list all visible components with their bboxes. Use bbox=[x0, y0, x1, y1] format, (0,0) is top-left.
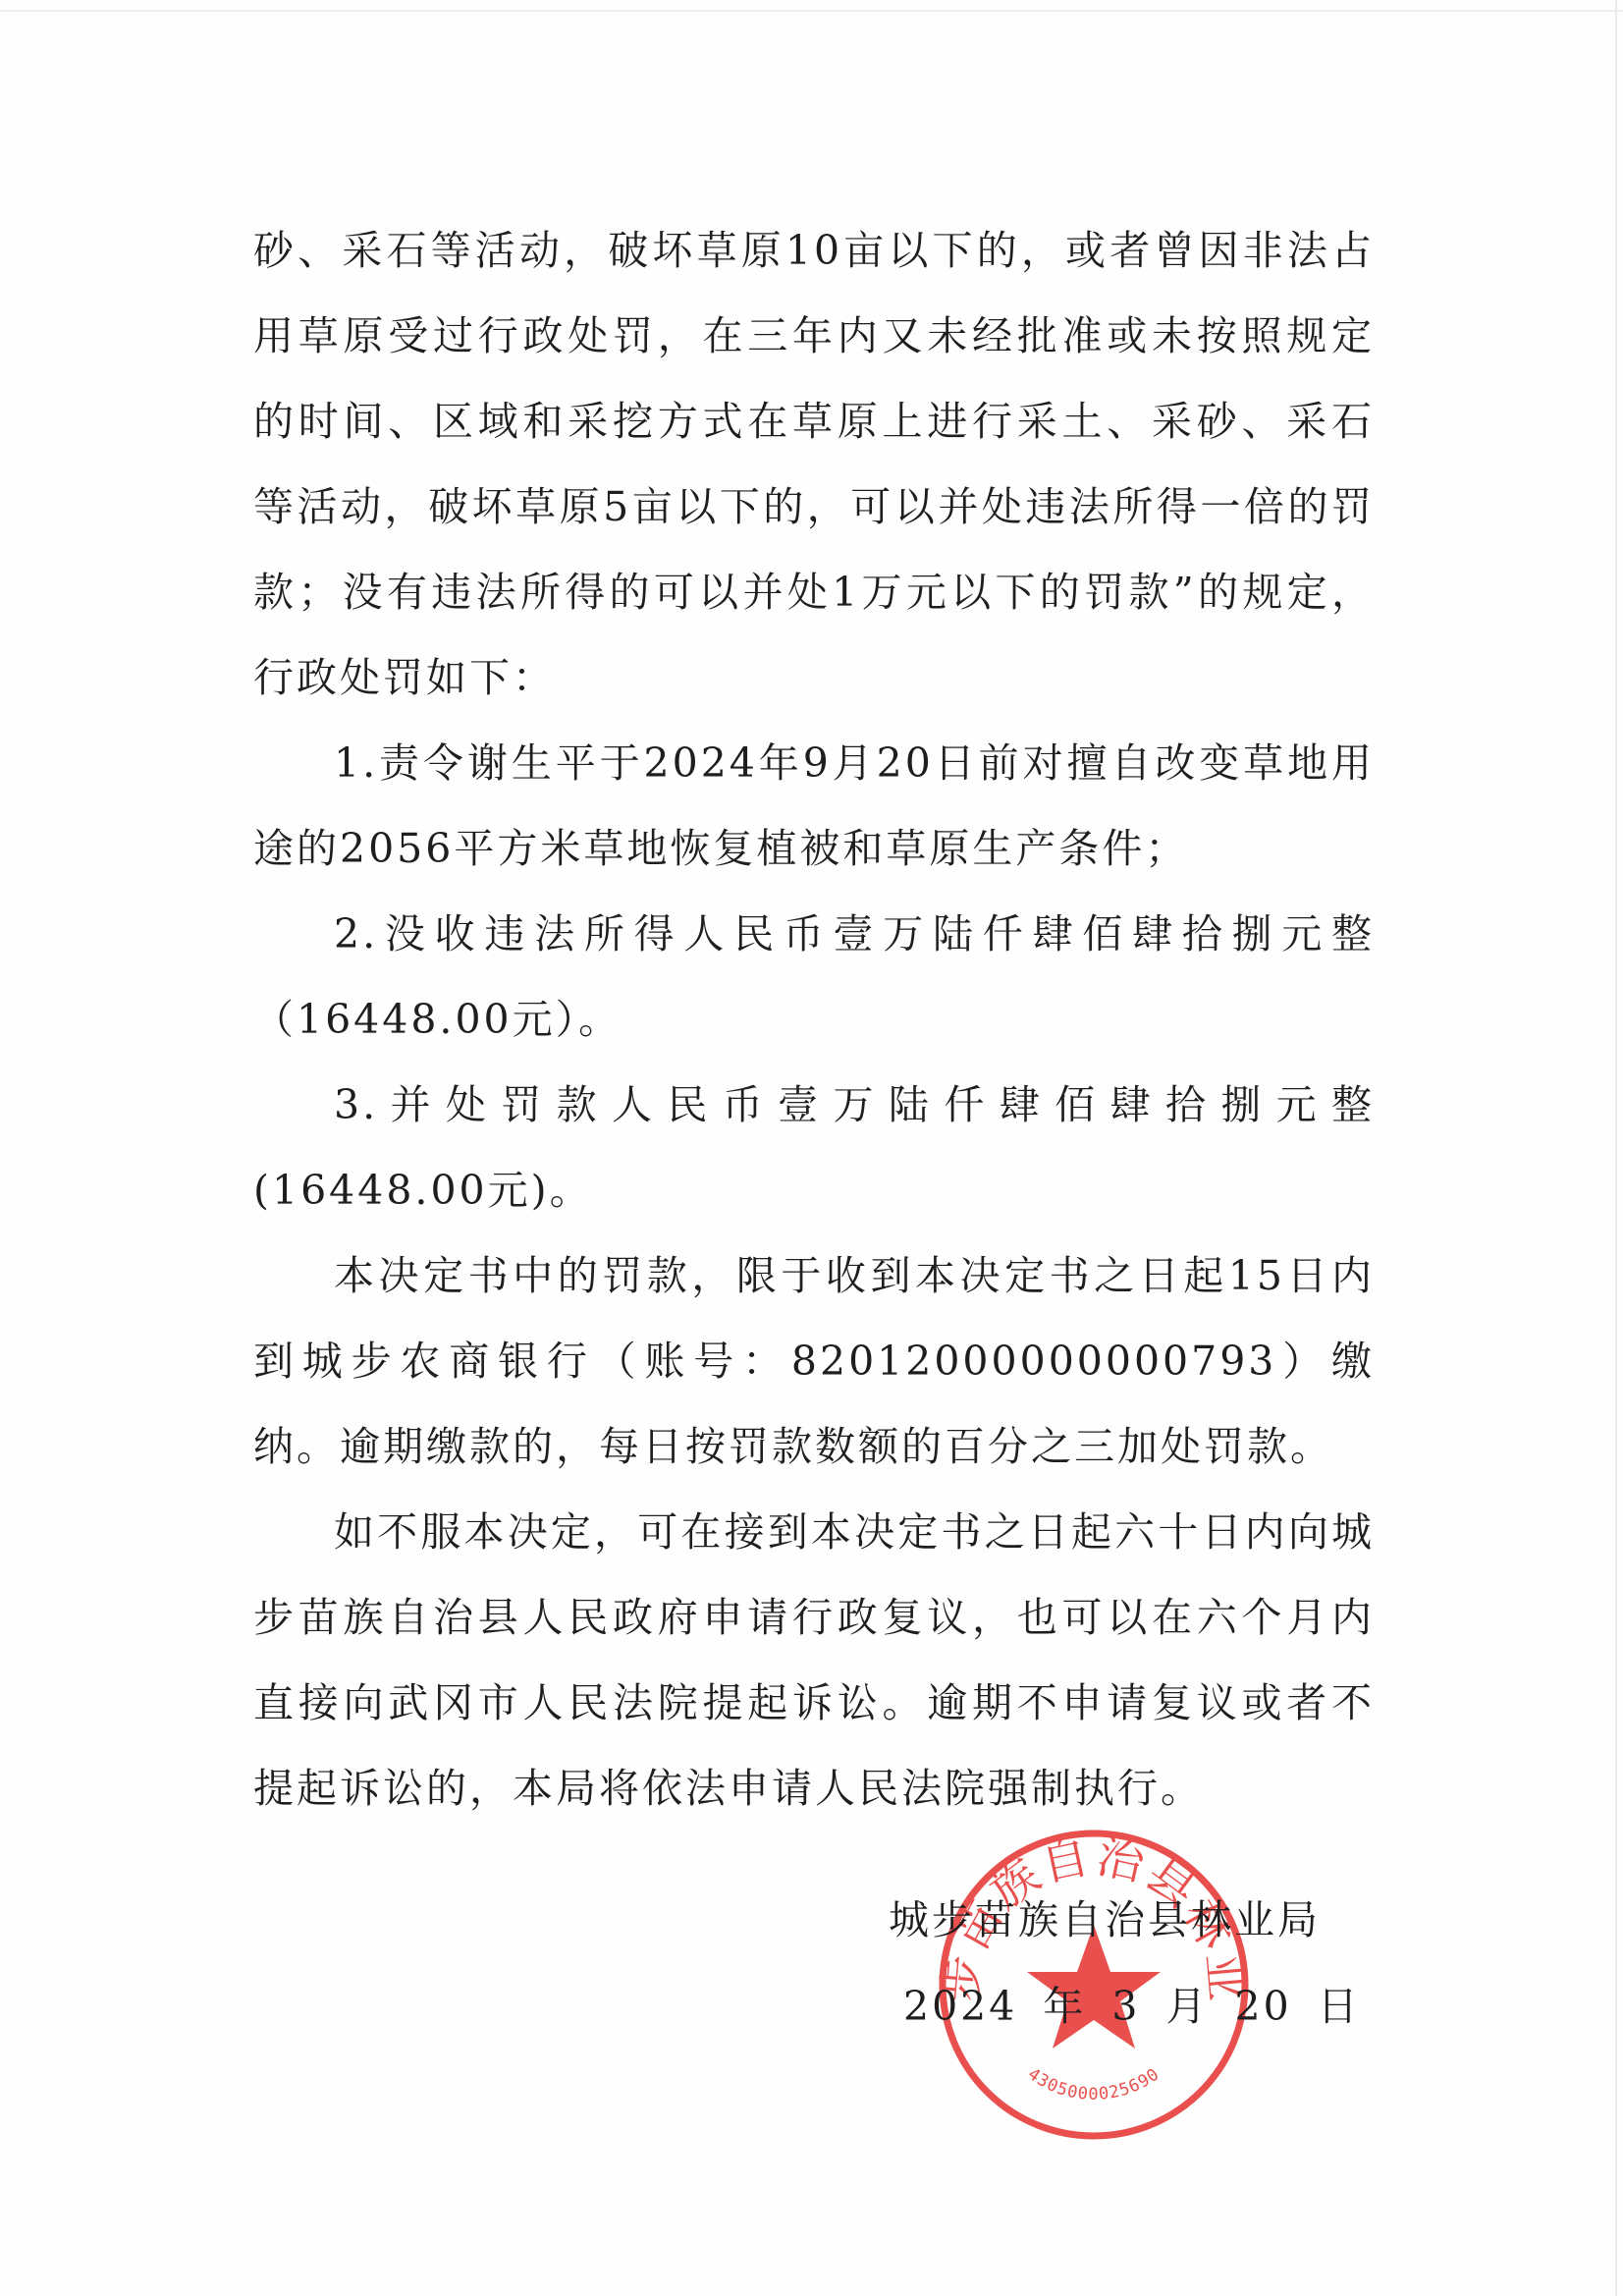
seal-code: 4305000025690 bbox=[1024, 2064, 1163, 2105]
paragraph-penalty-item-2: 2.没收违法所得人民币壹万陆仟肆佰肆拾捌元整（16448.00元）。 bbox=[253, 892, 1375, 1063]
paragraph-payment-instructions: 本决定书中的罚款，限于收到本决定书之日起15日内到城步农商银行（账号：82012… bbox=[253, 1233, 1375, 1490]
issuer-signature: 城步苗族自治县林业局 bbox=[889, 1890, 1321, 1949]
document-page: 砂、采石等活动，破坏草原10亩以下的，或者曾因非法占用草原受过行政处罚，在三年内… bbox=[0, 0, 1623, 2296]
paragraph-penalty-item-3: 3.并处罚款人民币壹万陆仟肆佰肆拾捌元整(16448.00元)。 bbox=[253, 1063, 1375, 1233]
svg-text:4305000025690: 4305000025690 bbox=[1024, 2064, 1163, 2105]
paragraph-appeal-rights: 如不服本决定，可在接到本决定书之日起六十日内向城步苗族自治县人民政府申请行政复议… bbox=[253, 1490, 1375, 1831]
page-right-edge bbox=[1615, 0, 1617, 2296]
document-body: 砂、采石等活动，破坏草原10亩以下的，或者曾因非法占用草原受过行政处罚，在三年内… bbox=[253, 208, 1375, 1831]
issue-date: 2024 年 3 月 20 日 bbox=[903, 1977, 1361, 2036]
paragraph-penalty-item-1: 1.责令谢生平于2024年9月20日前对擅自改变草地用途的2056平方米草地恢复… bbox=[253, 721, 1375, 892]
page-top-edge bbox=[0, 10, 1623, 12]
paragraph-legal-basis: 砂、采石等活动，破坏草原10亩以下的，或者曾因非法占用草原受过行政处罚，在三年内… bbox=[253, 208, 1375, 721]
